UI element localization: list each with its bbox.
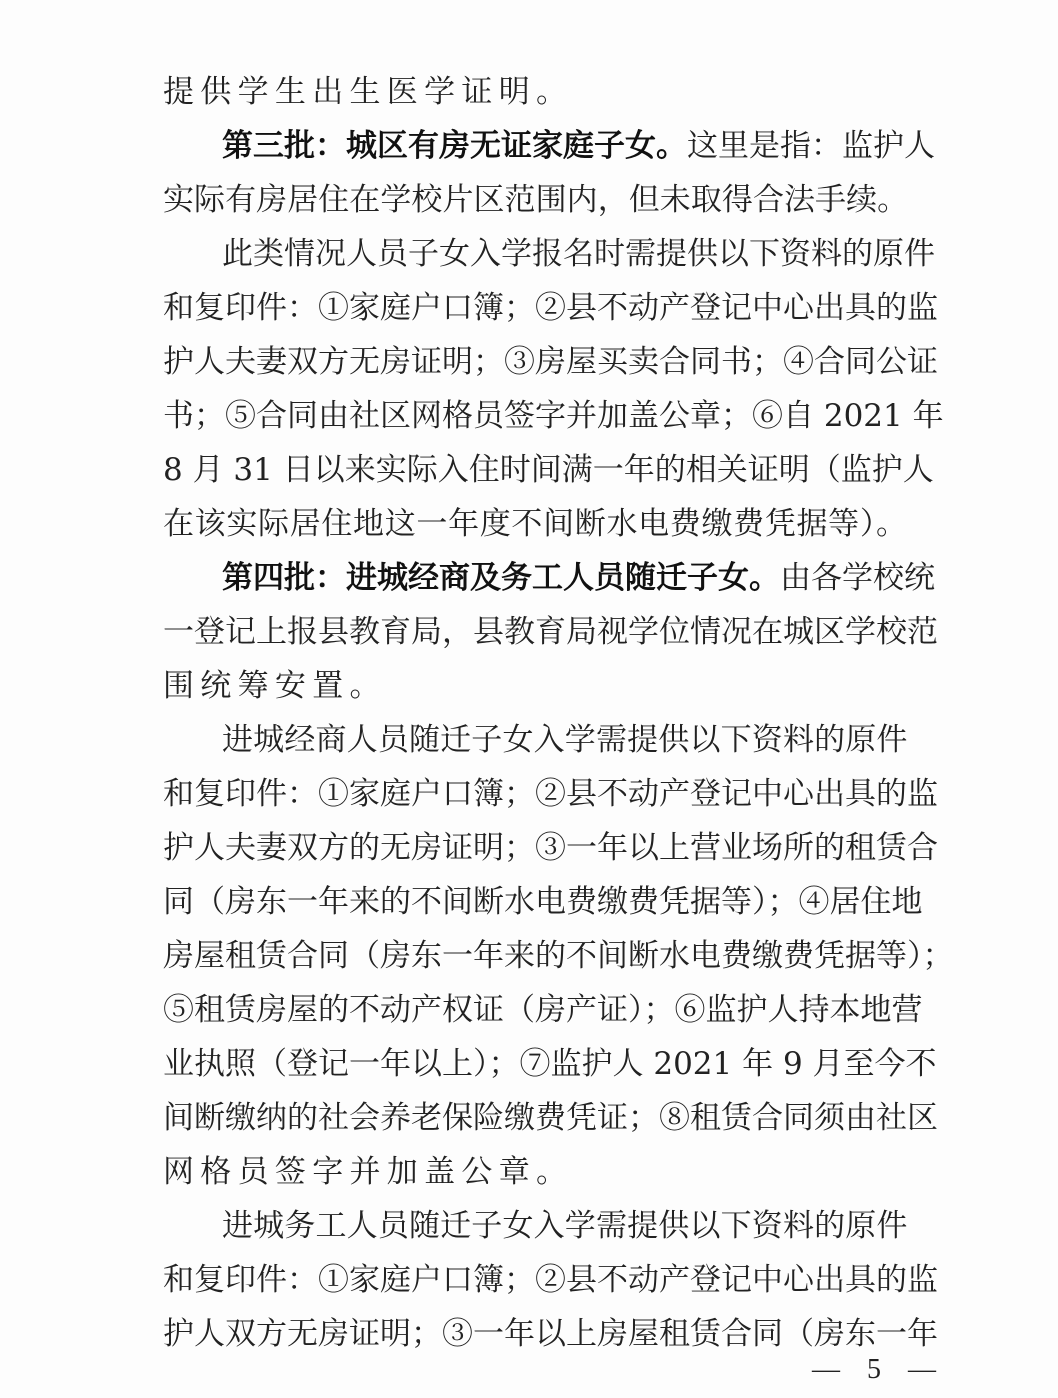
page-number: — 5 — [812,1352,946,1388]
body-text: 网格员签字并加盖公章。 [163,1154,573,1190]
body-text: 护人双方无房证明；③一年以上房屋租赁合同（房东一年 [163,1316,938,1352]
body-text: 间断缴纳的社会养老保险缴费凭证；⑧租赁合同须由社区 [163,1100,938,1136]
text-line: 同（房东一年来的不间断水电费缴费凭据等）；④居住地 [163,882,908,922]
text-line: 间断缴纳的社会养老保险缴费凭证；⑧租赁合同须由社区 [163,1098,908,1138]
batch-heading: 第四批：进城经商及务工人员随迁子女。 [222,560,780,596]
body-text: 护人夫妻双方无房证明；③房屋买卖合同书；④合同公证 [163,344,938,380]
body-text: 在该实际居住地这一年度不间断水电费缴费凭据等）。 [163,506,908,542]
body-text: 房屋租赁合同（房东一年来的不间断水电费缴费凭据等）； [163,938,954,974]
body-text: 实际有房居住在学校片区范围内，但未取得合法手续。 [163,182,908,218]
body-text: 此类情况人员子女入学报名时需提供以下资料的原件 [222,236,935,272]
body-text: 业执照（登记一年以上）；⑦监护人 2021 年 9 月至今不 [163,1046,937,1082]
text-line: 和复印件：①家庭户口簿；②县不动产登记中心出具的监 [163,288,908,328]
body-text: ⑤租赁房屋的不动产权证（房产证）；⑥监护人持本地营 [163,992,923,1028]
text-line: 8 月 31 日以来实际入住时间满一年的相关证明（监护人 [163,450,908,490]
text-line: 一登记上报县教育局，县教育局视学位情况在城区学校范 [163,612,908,652]
body-text: 8 月 31 日以来实际入住时间满一年的相关证明（监护人 [163,452,934,488]
body-text: 进城务工人员随迁子女入学需提供以下资料的原件 [222,1208,908,1244]
text-line: 第三批：城区有房无证家庭子女。这里是指：监护人 [222,126,908,166]
text-line: 书；⑤合同由社区网格员签字并加盖公章；⑥自 2021 年 [163,396,908,436]
body-text: 一登记上报县教育局，县教育局视学位情况在城区学校范 [163,614,938,650]
text-line: 实际有房居住在学校片区范围内，但未取得合法手续。 [163,180,908,220]
body-text: 提供学生出生医学证明。 [163,74,573,110]
body-text: 和复印件：①家庭户口簿；②县不动产登记中心出具的监 [163,1262,938,1298]
body-text: 书；⑤合同由社区网格员签字并加盖公章；⑥自 2021 年 [163,398,944,434]
text-line: 网格员签字并加盖公章。 [163,1152,908,1192]
body-text: 护人夫妻双方的无房证明；③一年以上营业场所的租赁合 [163,830,938,866]
body-text: 同（房东一年来的不间断水电费缴费凭据等）；④居住地 [163,884,923,920]
text-line: 在该实际居住地这一年度不间断水电费缴费凭据等）。 [163,504,908,544]
text-line: 护人双方无房证明；③一年以上房屋租赁合同（房东一年 [163,1314,908,1354]
body-text: 和复印件：①家庭户口簿；②县不动产登记中心出具的监 [163,776,938,812]
text-line: 提供学生出生医学证明。 [163,72,908,112]
text-line: 房屋租赁合同（房东一年来的不间断水电费缴费凭据等）； [163,936,908,976]
text-line: 进城经商人员随迁子女入学需提供以下资料的原件 [222,720,908,760]
text-line: 护人夫妻双方无房证明；③房屋买卖合同书；④合同公证 [163,342,908,382]
body-text: 这里是指：监护人 [687,128,935,164]
body-text: 围统筹安置。 [163,668,387,704]
batch-heading: 第三批：城区有房无证家庭子女。 [222,128,687,164]
document-page: 提供学生出生医学证明。第三批：城区有房无证家庭子女。这里是指：监护人实际有房居住… [0,0,1058,1398]
text-line: 护人夫妻双方的无房证明；③一年以上营业场所的租赁合 [163,828,908,868]
body-text: 进城经商人员随迁子女入学需提供以下资料的原件 [222,722,908,758]
body-text: 由各学校统 [780,560,935,596]
text-line: 第四批：进城经商及务工人员随迁子女。由各学校统 [222,558,908,598]
text-line: 进城务工人员随迁子女入学需提供以下资料的原件 [222,1206,908,1246]
text-line: 业执照（登记一年以上）；⑦监护人 2021 年 9 月至今不 [163,1044,908,1084]
text-line: 和复印件：①家庭户口簿；②县不动产登记中心出具的监 [163,774,908,814]
text-line: 此类情况人员子女入学报名时需提供以下资料的原件 [222,234,908,274]
body-text: 和复印件：①家庭户口簿；②县不动产登记中心出具的监 [163,290,938,326]
text-line: 和复印件：①家庭户口簿；②县不动产登记中心出具的监 [163,1260,908,1300]
text-line: 围统筹安置。 [163,666,908,706]
text-line: ⑤租赁房屋的不动产权证（房产证）；⑥监护人持本地营 [163,990,908,1030]
